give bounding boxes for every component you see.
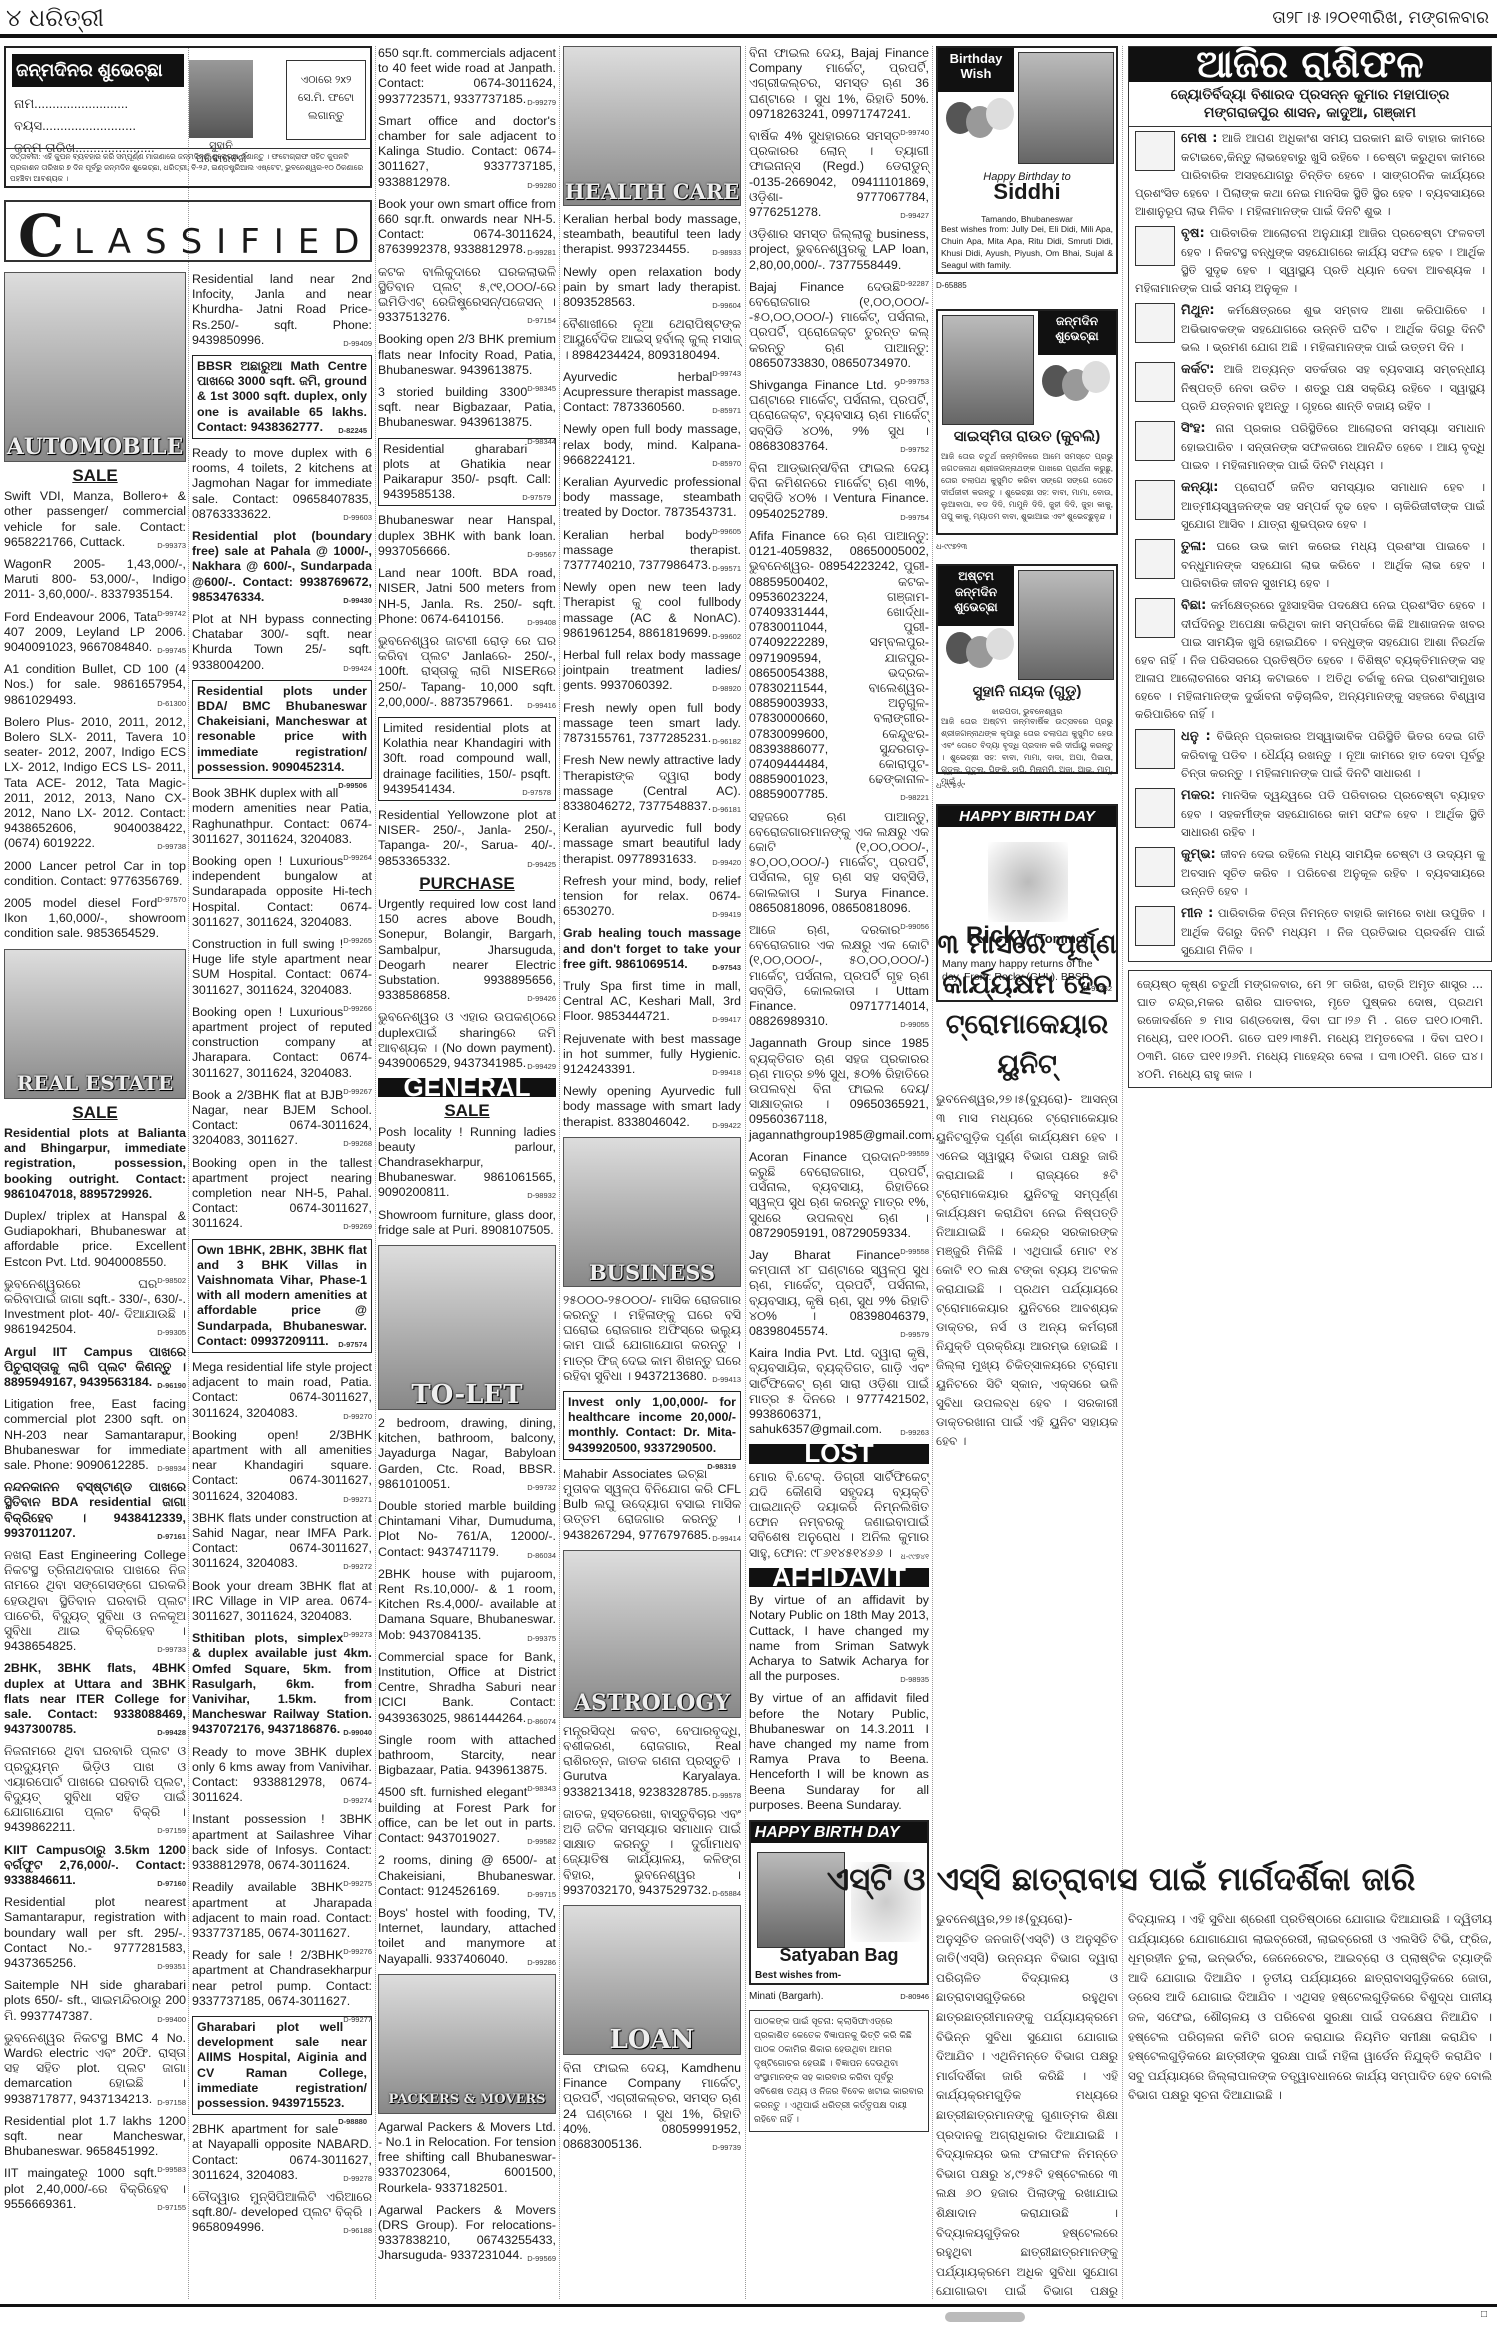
ad-code: D-99740: [900, 125, 929, 140]
column-rule: [1122, 46, 1123, 2299]
ad-code: D-99583: [157, 2162, 186, 2177]
classified-ad: Newly open full body massage, relax body…: [563, 422, 741, 468]
ad-code: D-98920: [712, 681, 741, 696]
ad-code: D-97159: [157, 1823, 186, 1838]
ad-text: Single room with attached bathroom, Star…: [378, 1733, 556, 1777]
ad-code: D-99578: [712, 1788, 741, 1803]
classified-ad: 2000 Lancer petrol Car in top condition.…: [4, 859, 186, 889]
ad-text: Residential plots at Balianta and Bhinga…: [4, 1126, 186, 1201]
classified-ad: Herbal full relax body massage jointpain…: [563, 648, 741, 694]
rashi-entry: ବୃଷ: ପାରିବାରିକ ଆଲୋଚନା ଅନୁଯାୟୀ ଆଜିର ପ୍ରଚେ…: [1129, 222, 1491, 299]
wish-header: ଅଷ୍ଟମ ଜନ୍ମଦିନ ଶୁଭେଚ୍ଛା: [938, 566, 1014, 626]
packers-label: PACKERS & MOVERS: [379, 2092, 555, 2107]
classified-ad: Residential plot nearest Samantarapur, r…: [4, 1895, 186, 1971]
classified-ad: ଭୁବନେଶ୍ୱର ଜାଟଣୀ ରୋଡ଼ ରେ ଘର କରିବା ପ୍ଲଟ Ja…: [378, 634, 556, 710]
classified-ad: Booking open 2/3 BHK premium flats near …: [378, 332, 556, 378]
ad-code: D-99279: [527, 95, 556, 110]
ad-code: D-99277: [343, 2012, 372, 2027]
wish-message: ଆଜି ତୋର ଅଷ୍ଟମ ଜନ୍ମବାର୍ଷିକ ଉତ୍ସବରେ ପ୍ରଭୁ …: [941, 716, 1113, 788]
classified-ad: Residential plots under BDA/ BMC Bhubane…: [192, 680, 372, 779]
hostel-guideline-headline: ଏସ୍‌ଟି ଓ ଏସ୍‌ସି ଛାତ୍ରାବାସ ପାଇଁ ମାର୍ଗଦର୍ଶ…: [750, 1860, 1492, 1899]
rashi-text: ନାନା ପ୍ରକାର ପରିସ୍ଥିତିରେ ଆଲୋଚନା ସମସ୍ୟା ସମ…: [1181, 421, 1485, 472]
tolet-label: TO-LET: [379, 1388, 555, 1403]
classified-ad: Showroom furniture, glass door, fridge s…: [378, 1208, 556, 1238]
ad-code: D-61300: [157, 696, 186, 711]
rashi-name: ତୁଳା:: [1181, 539, 1207, 554]
classified-ad: 2BHK, 3BHK flats, 4BHK duplex at Uttara …: [4, 1661, 186, 1737]
ad-code: D-97574: [338, 1337, 367, 1352]
ad-code: D-96182: [712, 734, 741, 749]
classified-ad: Booking open ! Luxurious apartment proje…: [192, 1005, 372, 1081]
ad-code: D-99579: [900, 1327, 929, 1342]
ad-code: D-99745: [157, 643, 186, 658]
rashi-name: ମେଷ :: [1181, 131, 1217, 146]
ad-text: ବାର୍ଷିକ 4% ସୁଧହାରରେ ସମସ୍ତ ପ୍ରକାରର ଲୋନ୍ ।…: [749, 129, 929, 219]
ad-code: D-99056: [900, 919, 929, 934]
ad-code: D-98319: [707, 1459, 736, 1474]
ad-code: D-96181: [712, 802, 741, 817]
rashi-name: କର୍କଟ:: [1181, 362, 1214, 377]
classified-ad: Plot at NH bypass connecting Chatabar 30…: [192, 612, 372, 673]
ad-code: D-99419: [712, 907, 741, 922]
rashi-text: ପ୍ରୋପର୍ଟି ଜନିତ ସମସ୍ୟାର ସମାଧାନ ହେବ । ଆତ୍ମ…: [1181, 480, 1485, 531]
ad-text: Own 1BHK, 2BHK, 3BHK flat and 3 BHK Vill…: [197, 1243, 367, 1348]
birthday-wish-siddhi: Birthday Wish Happy Birthday to Siddhi T…: [936, 46, 1118, 274]
classified-ad: Kaira India Pvt. Ltd. ଦ୍ୱାରା କୃଷି, ବ୍ୟବସ…: [749, 1346, 929, 1437]
classified-ad: Book your own smart office from 660 sqr.…: [378, 197, 556, 258]
column-2: Residential land near 2nd Infocity, Janl…: [192, 272, 372, 2243]
ad-code: D-99571: [712, 561, 741, 576]
classified-ad: Newly open new teen lady Therapist କୁ co…: [563, 580, 741, 641]
ad-code: D-98932: [527, 1188, 556, 1203]
business-image: BUSINESS: [563, 1137, 741, 1287]
rashi-entry: କନ୍ୟା: ପ୍ରୋପର୍ଟି ଜନିତ ସମସ୍ୟାର ସମାଧାନ ହେବ…: [1129, 476, 1491, 535]
ad-code: D-99055: [900, 1017, 929, 1032]
rashi-name: ବିଛା:: [1181, 598, 1206, 613]
ad-code: D-99273: [343, 1627, 372, 1642]
birthday-name: Siddhi: [938, 184, 1116, 199]
classified-ad: ମନ୍ତ୍ରସିଦ୍ଧ କବଚ, ବେପାରବୃଦ୍ଧି, ବଶୀକରଣ, ରୋ…: [563, 1724, 741, 1800]
ad-code: D-99418: [712, 1065, 741, 1080]
zodiac-sign-icon: [1135, 362, 1175, 402]
ad-text: Bajaj Finance ଦେଉଛି ବେରୋଜଗାର (୧,୦୦,୦୦୦/-…: [749, 280, 929, 370]
column-4: HEALTH CARE Keralian herbal body massage…: [563, 46, 741, 2159]
ad-text: Jay Bharat Finance କମ୍ପାନୀ ୪୮ ଘଣ୍ଟାରେ ସ୍…: [749, 1248, 929, 1338]
classified-ad: ଆଜେ ଋଣ, ଦରକାର ବେରୋଜଗାର ଏକ ଲକ୍ଷରୁ ଏକ କୋଟି…: [749, 923, 929, 1029]
ad-code: D-99753: [900, 374, 929, 389]
loan-label: LOAN: [564, 2033, 740, 2048]
ad-code: D-99752: [900, 442, 929, 457]
ad-text: WagonR 2005- 1,43,000/-, Maruti 800- 53,…: [4, 557, 186, 601]
ad-code: D-99754: [900, 510, 929, 525]
birthday-ad-satyaban: HAPPY BIRTH DAY Satyaban Bag Best wishes…: [749, 1820, 929, 1985]
classified-ad: କଟକ ବାଲିକୁଦାରେ ଘରକଲାଭଳି ସ୍ଥିତିବାନ ପ୍ଲଟ୍ …: [378, 265, 556, 326]
ad-code: D-86074: [527, 1714, 556, 1729]
ad-code: D-99276: [343, 1944, 372, 1959]
ad-code: D-99743: [712, 366, 741, 381]
rashi-text: ପାରିବାରିକ ଚିନ୍ତା ନିମନ୍ତେ ବାହାରି କାମରେ ବା…: [1181, 906, 1485, 957]
ad-code: D-99270: [343, 1409, 372, 1424]
trauma-care-body: ଭୁବନେଶ୍ୱର,୨୭।୫(ବ୍ୟୁରୋ)- ଆସନ୍ତା ୩ ମାସ ମଧ୍…: [936, 1090, 1118, 1830]
classified-ad: Residential Yellowzone plot at NISER- 25…: [378, 808, 556, 869]
rashi-name: ମୀନ :: [1181, 906, 1213, 921]
ad-text: By virtue of an affidavit filed before t…: [749, 1691, 929, 1811]
ad-code: ଧ-୯୯୭୨୩: [936, 539, 1118, 554]
ad-code: D-99739: [712, 2140, 741, 2155]
ad-code: D-98343: [527, 1781, 556, 1796]
rashi-entry: ସିଂହ: ନାନା ପ୍ରକାର ପରିସ୍ଥିତିରେ ଆଲୋଚନା ସମସ…: [1129, 417, 1491, 476]
wishes-from: Minati (Bargarh). D-80946: [749, 1989, 929, 2004]
classified-ad: Keralian herbal body massage, steambath,…: [563, 212, 741, 258]
ad-code: D-99267: [343, 1084, 372, 1099]
classified-ad: Ready to move 3BHK duplex only 6 kms awa…: [192, 1745, 372, 1806]
classified-ad: Grab healing touch massage and don't for…: [563, 926, 741, 972]
rashi-name: ଧନୁ :: [1181, 729, 1211, 744]
hbd-header: HAPPY BIRTH DAY: [938, 806, 1116, 827]
healthcare-image: HEALTH CARE: [563, 46, 741, 206]
ad-text: Invest only 1,00,000/- for healthcare in…: [568, 1395, 736, 1455]
realestate-image: REAL ESTATE: [4, 949, 186, 1099]
column-6: Birthday Wish Happy Birthday to Siddhi T…: [936, 46, 1118, 1006]
ad-code: D-99414: [712, 1531, 741, 1546]
classified-ad: 2BHK apartment for sale at Nayapalli opp…: [192, 2122, 372, 2183]
photo-siddhi: [1018, 52, 1114, 164]
ad-code: D-99424: [343, 661, 372, 676]
rashifal-title: ଆଜିର ରାଶିଫଳ: [1129, 47, 1491, 82]
balloon-icon: [1082, 361, 1110, 393]
classified-ad: Bolero Plus- 2010, 2011, 2012, Bolero SL…: [4, 715, 186, 852]
column-7-rashifal: ଆଜିର ରାଶିଫଳ ଜ୍ୟୋତିର୍ବିଦ୍ୟା ବିଶାରଦ ପ୍ରସନ୍…: [1128, 46, 1492, 1088]
ad-code: D-99269: [343, 1219, 372, 1234]
classified-ad: ବିନା ଫାଇଲ ଦେୟ, Kamdhenu Finance Company …: [563, 2061, 741, 2152]
ad-code: D-99738: [157, 839, 186, 854]
reader-notice: ପାଠକଙ୍କ ପାଇଁ ସୂଚନା: କ୍ଲାସିଫାଏଡ୍‌ରେ ପ୍ରକା…: [749, 2010, 929, 2132]
ad-text: Kaira India Pvt. Ltd. ଦ୍ୱାରା କୃଷି, ବ୍ୟବସ…: [749, 1346, 929, 1436]
general-sale-heading: SALE: [378, 1103, 556, 1118]
ad-code: D-99733: [157, 1642, 186, 1657]
ad-code: D-99275: [343, 1876, 372, 1891]
classified-ad: ଜାତକ, ହସ୍ତରେଖା, ବାସ୍ତୁବିଚାର ଏବଂ ଅତି ଜଟିଳ…: [563, 1807, 741, 1898]
rashi-text: ଜୀବନ ଦେଇ ରହିଲେ ମଧ୍ୟ ସାମୟିକ ଚେଷ୍ଟା ଓ ଉଦ୍ୟ…: [1181, 847, 1485, 898]
rashi-text: ଘରେ ଉଭ କାମ କରେଇ ମଧ୍ୟ ପ୍ରଶଂସା ପାଇବେ । ବନ୍…: [1181, 539, 1485, 590]
rashi-text: କର୍ମକ୍ଷେତ୍ରରେ ଶୁଭ ସମ୍ବାଦ ଆଶା କରିପାରିବେ ।…: [1181, 303, 1485, 354]
ad-code: D-99605: [712, 524, 741, 539]
section-heading: PURCHASE: [378, 876, 556, 891]
classified-ad: Ready to move duplex with 6 rooms, 4 toi…: [192, 446, 372, 522]
classified-ad: Residential plot (boundary free) sale at…: [192, 529, 372, 605]
ad-code: D-99567: [527, 547, 556, 562]
rashi-entry: ଧନୁ : ବିଭିନ୍ନ ପ୍ରକାରର ଅସ୍ୱାଭାବିକ ପରିସ୍ଥି…: [1129, 725, 1491, 784]
ad-code: D-99715: [527, 1887, 556, 1902]
ad-text: Booking open ! Luxurious independent bun…: [192, 854, 372, 929]
rashi-name: କନ୍ୟା:: [1181, 480, 1218, 495]
rashi-text: କର୍ମକ୍ଷେତ୍ରରେ ଦୁଃସାହସିକ ପଦକ୍ଷେପ ନେଇ ପ୍ରଶ…: [1135, 598, 1485, 721]
wish-message: Best wishes from: Jully Dei, Eli Didi, M…: [941, 223, 1113, 271]
zodiac-sign-icon: [1135, 598, 1175, 638]
classified-ad: 650 sqr.ft. commercials adjacent to 40 f…: [378, 46, 556, 107]
classified-ad: Boys' hostel with fooding, TV, Internet,…: [378, 1906, 556, 1967]
birthday-wish-saismita: ଜନ୍ମଦିନ ଶୁଭେଚ୍ଛା ସାଇସ୍ମିତା ରାଉତ (କୁବଲି) …: [936, 309, 1118, 535]
column-rule: [559, 46, 560, 2299]
zodiac-sign-icon: [1135, 906, 1175, 946]
column-3: 650 sqr.ft. commercials adjacent to 40 f…: [378, 46, 556, 2271]
classified-ad: ବାର୍ଷିକ 4% ସୁଧହାରରେ ସମସ୍ତ ପ୍ରକାରର ଲୋନ୍ ।…: [749, 129, 929, 220]
ad-code: D-97160: [157, 1876, 186, 1891]
ad-code: D-98221: [900, 790, 929, 805]
ad-code: D-96190: [157, 1378, 186, 1393]
classified-ad: Jay Bharat Finance କମ୍ପାନୀ ୪୮ ଘଣ୍ଟାରେ ସ୍…: [749, 1248, 929, 1339]
healthcare-label: HEALTH CARE: [564, 184, 740, 199]
ad-code: D-99426: [527, 991, 556, 1006]
ad-code: D-99742: [157, 606, 186, 621]
coupon-name-field[interactable]: ନାମ..........................: [14, 96, 128, 112]
ad-code: D-99274: [343, 1793, 372, 1808]
zodiac-sign-icon: [1135, 131, 1175, 171]
classified-ad: ନଖରା East Engineering College ନିକଟସ୍ଥ ତ୍…: [4, 1548, 186, 1654]
classified-ad: Residential land near 2nd Infocity, Janl…: [192, 272, 372, 348]
classified-ad: Duplex/ triplex at Hanspal & Gudiapokhar…: [4, 1209, 186, 1270]
ad-code: D-99430: [343, 593, 372, 608]
ad-text: Booking open 2/3 BHK premium flats near …: [378, 332, 556, 376]
ad-code: D-99272: [343, 1559, 372, 1574]
page-label: ୪ ଧରିତ୍ରୀ: [6, 4, 104, 32]
classified-ad: ଭୁବନେଶ୍ୱର ଓ ଏହାର ଉପକଣ୍ଠରେ duplexପାଇଁ sha…: [378, 1010, 556, 1071]
ad-code: D-85971: [712, 403, 741, 418]
classified-ad: Limited residential plots at Kolathia ne…: [378, 717, 556, 801]
ad-text: Showroom furniture, glass door, fridge s…: [378, 1208, 556, 1237]
ad-text: Instant possession ! 3BHK apartment at S…: [192, 1812, 372, 1872]
masthead: ୪ ଧରିତ୍ରୀ ତା୨୮।୫।୨୦୧୩ରିଖ, ମଙ୍ଗଳବାର: [0, 0, 1497, 38]
ad-code: D-99351: [157, 1959, 186, 1974]
ad-text: Bolero Plus- 2010, 2011, 2012, Bolero SL…: [4, 715, 186, 851]
trauma-care-headline: ୩ ମାସରେ ପୂର୍ଣ୍ଣ କାର୍ଯ୍ୟକ୍ଷମ ହେବ ଟ୍ରୋମାକେ…: [936, 925, 1118, 1085]
ad-code: D-99264: [343, 850, 372, 865]
ad-code: D-99373: [157, 538, 186, 553]
zodiac-sign-icon: [1135, 421, 1175, 461]
ad-code: D-99417: [712, 1012, 741, 1027]
ad-text: ଓଡ଼ିଶାର ସମସ୍ତ ଜିଲ୍ଲାକୁ business, project…: [749, 227, 929, 271]
lost-banner: LOST: [749, 1444, 929, 1463]
ad-code: D-98934: [157, 1461, 186, 1476]
ad-code: D-97543: [712, 960, 741, 975]
ad-code: D-99278: [343, 2171, 372, 2186]
classified-ad: Rejuvenate with best massage in hot summ…: [563, 1032, 741, 1078]
zodiac-sign-icon: [1135, 226, 1175, 266]
ad-code: D-99428: [157, 1725, 186, 1740]
ad-code: D-99263: [900, 1425, 929, 1440]
classified-ad: Swift VDI, Manza, Bollero+ & other passe…: [4, 489, 186, 550]
zodiac-sign-icon: [1135, 788, 1175, 828]
classified-ad: Argul IIT Campus ପାଖରେ ପିଚୁରାସ୍ତାକୁ ଲାଗି…: [4, 1345, 186, 1391]
classified-ad: Commercial space for Bank, Institution, …: [378, 1650, 556, 1726]
ad-code: D-98345: [527, 381, 556, 396]
classified-ad: Book 3BHK duplex with all modern ameniti…: [192, 786, 372, 847]
classified-ad: Bhubaneswar near Hanspal, duplex 3BHK wi…: [378, 513, 556, 559]
classified-ad: Sthitiban plots, simplex & duplex availa…: [192, 1631, 372, 1737]
zodiac-sign-icon: [1135, 729, 1175, 769]
classified-ad: Fresh newly open full body massage teen …: [563, 701, 741, 747]
classified-ad: Fresh New newly attractive lady Therapis…: [563, 753, 741, 814]
rashi-entry: ମକର: ମାନସିକ ଦ୍ୱନ୍ଦ୍ୱରେ ପଡି ପରିବାରର ପ୍ରଚେ…: [1129, 784, 1491, 843]
ad-text: ବିନା ଫାଇଲ ଦେୟ, Kamdhenu Finance Company …: [563, 2061, 741, 2151]
ad-code: D-97154: [527, 313, 556, 328]
classified-ad: Instant possession ! 3BHK apartment at S…: [192, 1812, 372, 1873]
zodiac-sign-icon: [1135, 480, 1175, 520]
classified-ad: 2 bedroom, drawing, dining, kitchen, bat…: [378, 1416, 556, 1492]
affidavit-banner: AFFIDAVIT: [749, 1568, 929, 1587]
ad-code: D-98502: [157, 1273, 186, 1288]
ad-text: ନିଜନାମରେ ଥିବା ଘରବାରି ପ୍ଲଟ ଓ ପ୍ରଦ୍ୟୁମ୍ନ ଭ…: [4, 1744, 186, 1834]
rashi-entry: ମେଷ : ଆଜି ଆପଣ ଅଧିକାଂଶ ସମୟ ଘରକାମ ଛାଡି ବାହ…: [1129, 127, 1491, 222]
automobile-label: AUTOMOBILE: [5, 440, 185, 455]
column-rule: [375, 46, 376, 2299]
classified-ad: ବିନା ଫାଇଲ ଦେୟ, Bajaj Finance Company ମାର…: [749, 46, 929, 122]
ad-code: D-65885: [936, 278, 1118, 293]
ad-text: Urgently required low cost land 150 acre…: [378, 897, 556, 1002]
rashi-name: ମକର:: [1181, 788, 1215, 803]
ad-text: Acoran Finance ପ୍ରଦାନ କରୁଛି ବେରୋଜଗାର, ପ୍…: [749, 1150, 929, 1240]
rashi-text: ଆଜି ଅତ୍ୟନ୍ତ ସତର୍କତାର ସହ ବ୍ୟବସାୟ ସମ୍ବନ୍ଧୀ…: [1181, 362, 1485, 413]
ad-code: D-99265: [343, 933, 372, 948]
ad-code: D-99040: [343, 1725, 372, 1740]
ad-code: D-99416: [527, 698, 556, 713]
ad-code: D-96188: [343, 2223, 372, 2238]
ad-text: ସହଜରେ ଋଣ ପାଆନ୍ତୁ, ବେରୋଜଗାରମାନଙ୍କୁ ଏକ ଲକ୍…: [749, 810, 929, 915]
column-5: ବିନା ଫାଇଲ ଦେୟ, Bajaj Finance Company ମାର…: [749, 46, 929, 2132]
balloon-icon: [986, 98, 1014, 130]
rashi-name: ସିଂହ:: [1181, 421, 1206, 436]
classified-ad: Saitemple NH side gharabari plots 650/- …: [4, 1978, 186, 2024]
hbd-header: HAPPY BIRTH DAY: [751, 1822, 927, 1843]
rashi-name: ମିଥୁନ:: [1181, 303, 1215, 318]
ad-text: ଜାତକ, ହସ୍ତରେଖା, ବାସ୍ତୁବିଚାର ଏବଂ ଅତି ଜଟିଳ…: [563, 1807, 741, 1897]
classified-ad: Newly opening Ayurvedic full body massag…: [563, 1084, 741, 1130]
ad-code: D-97155: [157, 2200, 186, 2215]
ad-code: D-99582: [527, 1834, 556, 1849]
ad-code: D-86034: [527, 1548, 556, 1563]
classified-logo-c: C: [18, 202, 64, 270]
ad-code: D-82245: [338, 423, 367, 438]
ad-text: Duplex/ triplex at Hanspal & Gudiapokhar…: [4, 1209, 186, 1269]
ad-code: D-99602: [712, 629, 741, 644]
lost-ad: ମୋର ବି.ଟେକ୍. ଡିଗ୍ରୀ ସାର୍ଟିଫିକେଟ୍ ଯଦି କୌଣ…: [749, 1470, 929, 1561]
classified-ad: Keralian ayurvedic full body massage sma…: [563, 821, 741, 867]
classified-ad: ନନ୍ଦନକାନନ ବସ୍‌ଷ୍ଟାଣ୍ଡ ପାଖରେ ସ୍ଥିତିବାନ BD…: [4, 1480, 186, 1541]
general-banner: GENERAL: [378, 1078, 556, 1097]
column-rule: [745, 46, 746, 2299]
classified-ad: ଚୌଦ୍ୱାର ମୁନ୍ସିପିଆଲିଟି ଏରିଆରେ sqft.80/- d…: [192, 2190, 372, 2236]
classified-ad: ଭୁବନେଶ୍ୱର ନିକଟସ୍ଥ BMC 4 No. Wardର electr…: [4, 2031, 186, 2107]
ad-code: D-99271: [343, 1492, 372, 1507]
wishes-label: Best wishes from-: [755, 1968, 841, 1983]
rashi-entry: ମିଥୁନ: କର୍ମକ୍ଷେତ୍ରରେ ଶୁଭ ସମ୍ବାଦ ଆଶା କରିପ…: [1129, 299, 1491, 358]
hostel-guideline-body-a: ଭୁବନେଶ୍ୱର,୨୭।୫(ବ୍ୟୁରୋ)- ଅନୁସୂଚିତ ଜନଜାତି(…: [936, 1910, 1118, 2300]
classified-ad: ସହଜରେ ଋଣ ପାଆନ୍ତୁ, ବେରୋଜଗାରମାନଙ୍କୁ ଏକ ଲକ୍…: [749, 810, 929, 916]
ad-code: D-97161: [157, 1529, 186, 1544]
ad-text: Agarwal Packers & Movers Ltd. - No.1 in …: [378, 2120, 556, 2195]
ad-code: D-99408: [527, 615, 556, 630]
birthday-wish-suhani: ଅଷ୍ଟମ ଜନ୍ମଦିନ ଶୁଭେଚ୍ଛା ସୁହାନି ନାୟକ (ଗୁଡୁ…: [936, 564, 1118, 774]
rashifal-box: ଆଜିର ରାଶିଫଳ ଜ୍ୟୋତିର୍ବିଦ୍ୟା ବିଶାରଦ ପ୍ରସନ୍…: [1128, 46, 1492, 962]
classified-ad: Shivganga Finance Ltd. ୨ ଘଣ୍ଟାରେ ମାର୍କେଟ…: [749, 378, 929, 454]
classified-ad: ନିଜନାମରେ ଥିବା ଘରବାରି ପ୍ଲଟ ଓ ପ୍ରଦ୍ୟୁମ୍ନ ଭ…: [4, 1744, 186, 1835]
classified-ad: ବିନା ଆଡ୍‌ଭାନ୍ସ/ବିନା ଫାଇଲ ଦେୟ ବିନା କମିଶନର…: [749, 461, 929, 522]
column-rule: [188, 46, 189, 2299]
classified-ad: Litigation free, East facing commercial …: [4, 1397, 186, 1473]
ad-text: Book 3BHK duplex with all modern ameniti…: [192, 786, 372, 846]
coupon-age-field[interactable]: ବୟସ..........................: [14, 118, 136, 134]
ad-text: ବୈଶାଖୀରେ ନୂଆ ଥେରାପିଷ୍ଟଙ୍କ ଆୟୁର୍ବେଦିକ ଆଇସ…: [563, 317, 741, 361]
classified-ad: Gharabari plot well development sale nea…: [192, 2016, 372, 2115]
ad-code: D-99266: [343, 1001, 372, 1016]
rashi-entry: କୁମ୍ଭ: ଜୀବନ ଦେଇ ରହିଲେ ମଧ୍ୟ ସାମୟିକ ଚେଷ୍ଟା…: [1129, 843, 1491, 902]
ad-code: D-99558: [900, 1244, 929, 1259]
packers-image: PACKERS & MOVERS: [378, 1974, 556, 2114]
ad-code: D-97578: [522, 785, 551, 800]
classified-ad: WagonR 2005- 1,43,000/-, Maruti 800- 53,…: [4, 557, 186, 603]
rashi-entry: କର୍କଟ: ଆଜି ଅତ୍ୟନ୍ତ ସତର୍କତାର ସହ ବ୍ୟବସାୟ ସ…: [1129, 358, 1491, 417]
classified-ad: Booking open in the tallest apartment pr…: [192, 1156, 372, 1232]
ad-text: ୨୫୦୦୦-୨୫୦୦୦/- ମାସିକ ରୋଜଗାର କରନ୍ତୁ । ମହିଳ…: [563, 1293, 741, 1383]
sample-photo: [189, 60, 253, 138]
classified-ad: Residential plots at Balianta and Bhinga…: [4, 1126, 186, 1202]
ad-code: D-99413: [712, 1372, 741, 1387]
classified-ad: By virtue of an affidavit by Notary Publ…: [749, 1593, 929, 1684]
ad-code: D-99375: [527, 1631, 556, 1646]
ad-code: D-99427: [900, 208, 929, 223]
zodiac-sign-icon: [1135, 847, 1175, 887]
classified-ad: ୨୫୦୦୦-୨୫୦୦୦/- ମାସିକ ରୋଜଗାର କରନ୍ତୁ । ମହିଳ…: [563, 1293, 741, 1384]
automobile-image: AUTOMOBILE: [4, 272, 186, 462]
photo-suhani: [1018, 570, 1114, 680]
classified-ad: Mega residential life style project adja…: [192, 1360, 372, 1421]
ad-text: Jagannath Group since 1985 ବ୍ୟକ୍ତିଗତ ଋଣ …: [749, 1036, 935, 1141]
classified-ad: Urgently required low cost land 150 acre…: [378, 897, 556, 1003]
classified-ad: 2 rooms, dining @ 6500/- at Chakeisiani,…: [378, 1853, 556, 1899]
footer-ornament: [945, 2312, 1025, 2322]
ad-code: D-99409: [343, 336, 372, 351]
classified-ad: Single room with attached bathroom, Star…: [378, 1733, 556, 1779]
wish-header: ଜନ୍ମଦିନ ଶୁଭେଚ୍ଛା: [1038, 311, 1116, 355]
astrology-image: ASTROLOGY: [563, 1550, 741, 1718]
classified-ad: KIIT Campusଠାରୁ 3.5km 1200 ବର୍ଗଫୁଟ 2,76,…: [4, 1843, 186, 1889]
ad-code: D-99280: [527, 178, 556, 193]
ad-code: D-99603: [343, 510, 372, 525]
ad-code: D-99425: [527, 857, 556, 872]
ad-code: D-97579: [522, 490, 551, 505]
classified-ad: Booking open! 2/3BHK apartment with all …: [192, 1428, 372, 1504]
ad-code: D-92287: [900, 276, 929, 291]
classified-ad: Smart office and doctor's chamber for sa…: [378, 114, 556, 190]
date-line: ତା୨୮।୫।୨୦୧୩ରିଖ, ମଙ୍ଗଳବାର: [1272, 8, 1489, 28]
birthday-name: ସାଇସ୍ମିତା ରାଉତ (କୁବଲି): [938, 429, 1116, 444]
ad-code: D-99559: [900, 1146, 929, 1161]
classified-ad: Invest only 1,00,000/- for healthcare in…: [563, 1391, 741, 1460]
ad-text: ବିନା ଫାଇଲ ଦେୟ, Bajaj Finance Company ମାର…: [749, 46, 929, 121]
ad-code: D-99604: [712, 298, 741, 313]
classified-logo-text: LASSIFIED: [74, 222, 373, 262]
ad-code: D-98344: [527, 434, 556, 449]
classified-ad: Own 1BHK, 2BHK, 3BHK flat and 3 BHK Vill…: [192, 1239, 372, 1353]
flower-bouquet-icon: [988, 842, 1068, 922]
ad-text: ଆଜେ ଋଣ, ଦରକାର ବେରୋଜଗାର ଏକ ଲକ୍ଷରୁ ଏକ କୋଟି…: [749, 923, 929, 1028]
ad-text: ନଖରା East Engineering College ନିକଟସ୍ଥ ତ୍…: [4, 1548, 186, 1653]
classified-ad: Book your dream 3BHK flat at IRC Village…: [192, 1579, 372, 1625]
classified-ad: Keralian Ayurvedic professional body mas…: [563, 475, 741, 521]
ad-code: D-99422: [712, 1118, 741, 1133]
ad-code: D-99506: [338, 778, 367, 793]
astrology-label: ASTROLOGY: [564, 1696, 740, 1711]
